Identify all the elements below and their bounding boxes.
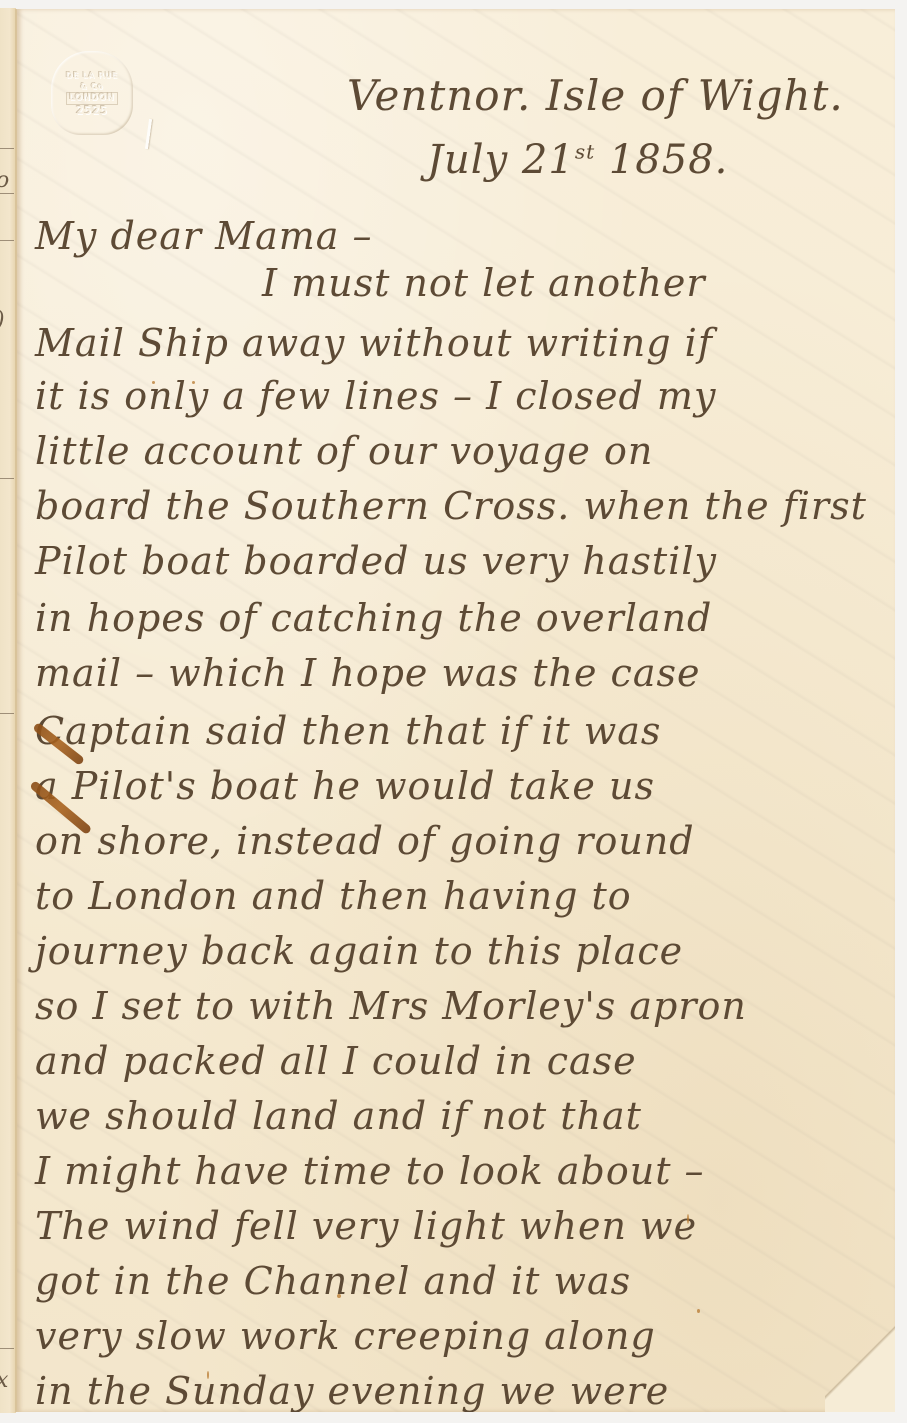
body-line: so I set to with Mrs Morley's apron: [35, 984, 895, 1028]
foxing-spot: [337, 1294, 341, 1298]
foxing-spot: [697, 1309, 700, 1313]
emboss-line: & Co: [80, 81, 103, 92]
body-line: little account of our voyage on: [35, 429, 895, 473]
foxing-spot: [192, 381, 195, 384]
foxing-spot: [687, 1214, 689, 1224]
body-line: in hopes of catching the overland: [35, 596, 895, 640]
body-line: very slow work creeping along: [35, 1314, 895, 1358]
ruled-line: [0, 1348, 14, 1349]
emboss-line: DE LA RUE: [66, 70, 118, 81]
edge-glyph: x: [0, 1368, 8, 1393]
previous-page-edge: o ) x: [0, 8, 16, 1413]
date-day: July 21: [427, 137, 575, 183]
letter-place: Ventnor. Isle of Wight.: [347, 71, 844, 120]
emboss-tick-mark: [145, 119, 152, 149]
letter-date: July 21st 1858.: [427, 137, 728, 183]
body-line: we should land and if not that: [35, 1094, 895, 1138]
body-line: I might have time to look about –: [35, 1149, 895, 1193]
ruled-line: [0, 478, 14, 479]
ruled-line: [0, 713, 14, 714]
foxing-spot: [207, 1371, 209, 1379]
body-line: Pilot boat boarded us very hastily: [35, 539, 895, 583]
body-line: The wind fell very light when we: [35, 1204, 895, 1248]
embossed-stationer-stamp: DE LA RUE & Co LONDON 2525: [51, 51, 133, 135]
body-line: mail – which I hope was the case: [35, 651, 895, 695]
body-line: Mail Ship away without writing if: [35, 321, 895, 365]
edge-glyph: ): [0, 308, 5, 333]
body-line: I must not let another: [262, 261, 895, 305]
body-line: got in the Channel and it was: [35, 1259, 895, 1303]
body-line: to London and then having to: [35, 874, 895, 918]
body-line: Captain said then that if it was: [35, 709, 895, 753]
body-line: in the Sunday evening we were: [35, 1369, 895, 1412]
ruled-line: [0, 148, 14, 149]
salutation: My dear Mama –: [35, 214, 373, 258]
body-line: journey back again to this place: [35, 929, 895, 973]
body-line: a Pilot's boat he would take us: [35, 764, 895, 808]
date-year: 1858.: [609, 137, 729, 183]
body-line: board the Southern Cross. when the first: [35, 484, 895, 528]
emboss-number: 2525: [76, 105, 108, 116]
letter-page: DE LA RUE & Co LONDON 2525 Ventnor. Isle…: [15, 9, 895, 1412]
ruled-line: [0, 240, 14, 241]
date-suffix: st: [575, 140, 595, 164]
body-line: and packed all I could in case: [35, 1039, 895, 1083]
body-line: it is only a few lines – I closed my: [35, 374, 895, 418]
foxing-spot: [152, 381, 155, 384]
edge-glyph: o: [0, 168, 9, 193]
ruled-line: [0, 193, 14, 194]
body-line: on shore, instead of going round: [35, 819, 895, 863]
document-scan: o ) x DE LA RUE & Co LONDON 2525 Ventnor…: [0, 0, 907, 1423]
